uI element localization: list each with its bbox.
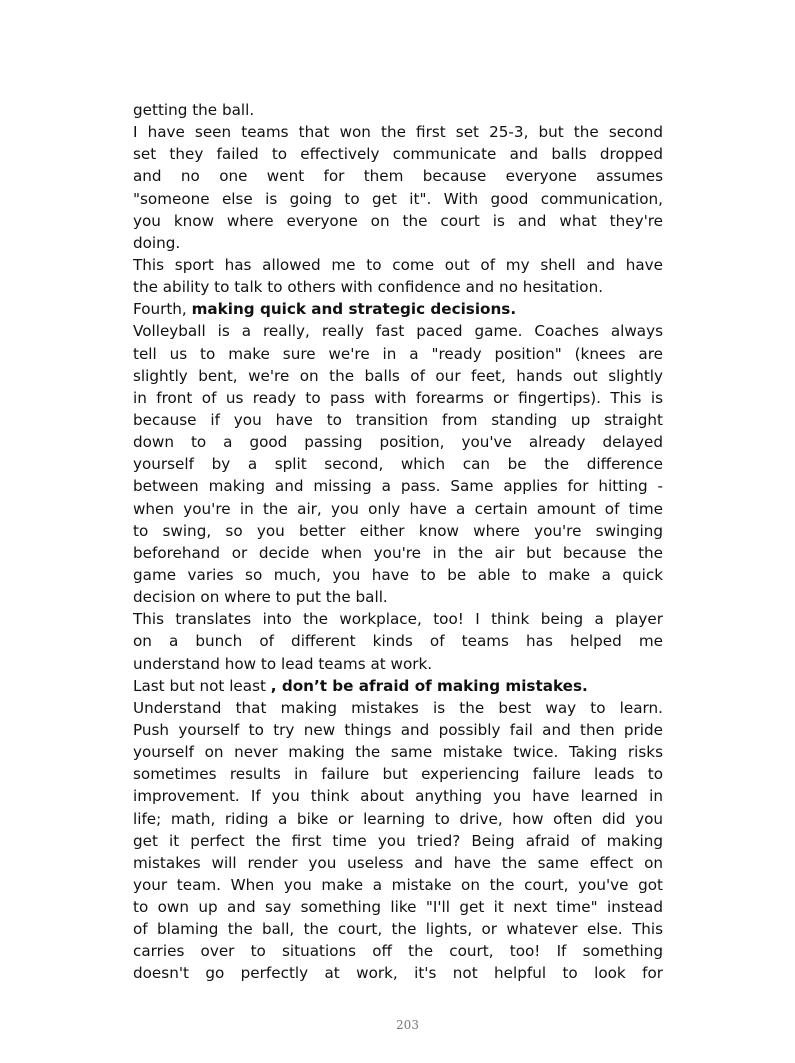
text-line: in front of us ready to pass with forear… (133, 387, 663, 409)
heading-line: Last but not least , don’t be afraid of … (133, 675, 663, 697)
text-line: your team. When you make a mistake on th… (133, 874, 663, 896)
text-line: beforehand or decide when you're in the … (133, 542, 663, 564)
document-page: getting the ball.I have seen teams that … (0, 0, 795, 1063)
text-line: tell us to make sure we're in a "ready p… (133, 343, 663, 365)
heading-line: Fourth, making quick and strategic decis… (133, 298, 663, 320)
text-line: between making and missing a pass. Same … (133, 475, 663, 497)
text-line: to swing, so you better either know wher… (133, 520, 663, 542)
body-text: getting the ball.I have seen teams that … (133, 99, 663, 985)
text-line: of blaming the ball, the court, the ligh… (133, 918, 663, 940)
text-line: This translates into the workplace, too!… (133, 608, 663, 630)
text-line: game varies so much, you have to be able… (133, 564, 663, 586)
text-line: to own up and say something like "I'll g… (133, 896, 663, 918)
text-line: get it perfect the first time you tried?… (133, 830, 663, 852)
text-line: decision on where to put the ball. (133, 586, 663, 608)
heading-prefix: Last but not least (133, 677, 271, 695)
heading-prefix: Fourth, (133, 300, 192, 318)
text-line: doesn't go perfectly at work, it's not h… (133, 962, 663, 984)
text-line: set they failed to effectively communica… (133, 143, 663, 165)
text-line: and no one went for them because everyon… (133, 165, 663, 187)
heading-bold-text: making quick and strategic decisions. (192, 300, 517, 318)
text-line: understand how to lead teams at work. (133, 653, 663, 675)
text-line: Understand that making mistakes is the b… (133, 697, 663, 719)
text-line: "someone else is going to get it". With … (133, 188, 663, 210)
text-line: carries over to situations off the court… (133, 940, 663, 962)
text-line: doing. (133, 232, 663, 254)
heading-bold-text: , don’t be afraid of making mistakes. (271, 677, 588, 695)
text-line: slightly bent, we're on the balls of our… (133, 365, 663, 387)
text-line: life; math, riding a bike or learning to… (133, 808, 663, 830)
text-line: getting the ball. (133, 99, 663, 121)
text-line: the ability to talk to others with confi… (133, 276, 663, 298)
text-line: because if you have to transition from s… (133, 409, 663, 431)
text-line: yourself by a split second, which can be… (133, 453, 663, 475)
text-line: improvement. If you think about anything… (133, 785, 663, 807)
text-line: Volleyball is a really, really fast pace… (133, 320, 663, 342)
text-line: sometimes results in failure but experie… (133, 763, 663, 785)
text-line: down to a good passing position, you've … (133, 431, 663, 453)
text-line: I have seen teams that won the first set… (133, 121, 663, 143)
text-line: when you're in the air, you only have a … (133, 498, 663, 520)
text-line: you know where everyone on the court is … (133, 210, 663, 232)
text-line: This sport has allowed me to come out of… (133, 254, 663, 276)
text-line: yourself on never making the same mistak… (133, 741, 663, 763)
text-line: mistakes will render you useless and hav… (133, 852, 663, 874)
text-line: on a bunch of different kinds of teams h… (133, 630, 663, 652)
page-number: 203 (0, 1018, 795, 1032)
text-line: Push yourself to try new things and poss… (133, 719, 663, 741)
